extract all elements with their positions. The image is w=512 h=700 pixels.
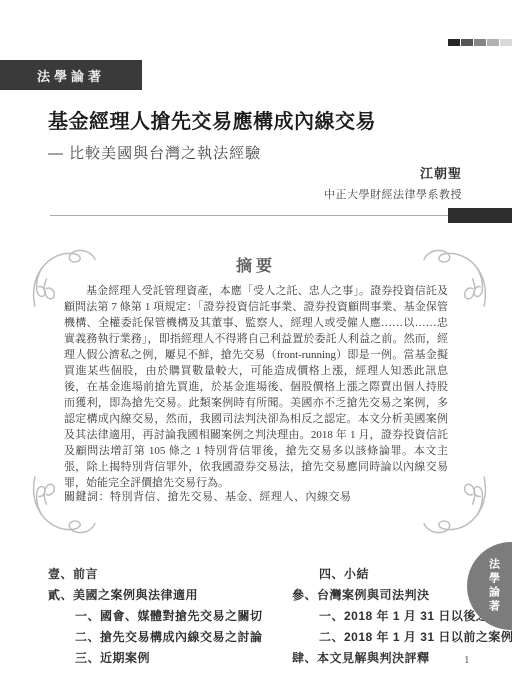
toc-right-column: 四、小結 參、台灣案例與司法判決 一、2018 年 1 月 31 日以後之案例 … [292,564,492,669]
article-subtitle: — 比較美國與台灣之執法經驗 [48,142,448,163]
toc-item: 二、搶先交易構成內線交易之討論 [48,627,278,648]
page-number: 1 [464,654,470,666]
toc-item: 肆、本文見解與判決評釋 [292,648,492,669]
strip-square-4 [487,39,499,46]
header-rule [50,215,448,216]
author-affiliation: 中正大學財經法律學系教授 [324,186,462,202]
strip-square-5 [500,39,512,46]
section-side-tab-label: 法學論著 [478,558,502,614]
header-rule-end-block [448,208,512,223]
toc-item: 壹、前言 [48,564,278,585]
strip-square-1 [448,39,460,46]
toc-item: 參、台灣案例與司法判決 [292,585,492,606]
category-box: 法學論著 [0,60,142,90]
author-name: 江朝聖 [324,163,462,182]
strip-square-2 [461,39,473,46]
toc-item: 貳、美國之案例與法律適用 [48,585,278,606]
abstract-body: 基金經理人受託管理資產，本應「受人之託、忠人之事」。證券投資信託及顧問法第 7 … [64,283,448,491]
category-label: 法學論著 [37,66,105,85]
abstract-heading: 摘要 [0,253,512,276]
byline: 江朝聖 中正大學財經法律學系教授 [324,163,462,202]
toc-item: 三、近期案例 [48,648,278,669]
abstract-keywords: 關鍵詞：特別背信、搶先交易、基金、經理人、內線交易 [64,488,454,504]
toc-item: 一、國會、媒體對搶先交易之關切 [48,606,278,627]
page-color-strip [448,39,512,46]
toc-left-column: 壹、前言 貳、美國之案例與法律適用 一、國會、媒體對搶先交易之關切 二、搶先交易… [48,564,278,669]
article-title: 基金經理人搶先交易應構成內線交易 [48,105,478,134]
toc-item: 四、小結 [292,564,492,585]
toc-item: 一、2018 年 1 月 31 日以後之案例 [292,606,492,627]
toc-item: 二、2018 年 1 月 31 日以前之案例 [292,627,492,648]
strip-square-3 [474,39,486,46]
